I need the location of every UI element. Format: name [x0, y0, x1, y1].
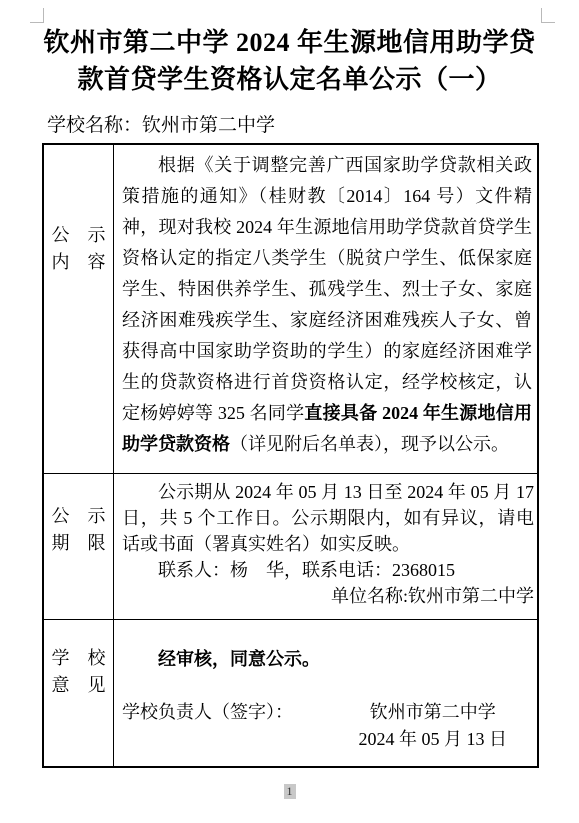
signer-row: 学校负责人（签字）： 钦州市第二中学 2024 年 05 月 13 日	[122, 699, 529, 753]
row-label-period: 公 示 期 限	[44, 474, 114, 619]
notice-table: 公 示 内 容 根据《关于调整完善广西国家助学贷款相关政策措施的通知》（桂财教〔…	[42, 143, 539, 768]
approval-statement: 经审核，同意公示。	[122, 646, 529, 673]
row-label-period-line2: 期 限	[44, 530, 113, 557]
content-paragraph: 根据《关于调整完善广西国家助学贷款相关政策措施的通知》（桂财教〔2014〕164…	[122, 150, 532, 460]
row-label-content: 公 示 内 容	[44, 145, 114, 473]
margin-crop-mark-top-right	[541, 8, 555, 23]
document-page: { "document": { "title_line1": "钦州市第二中学 …	[0, 0, 579, 823]
document-title-line2: 款首贷学生资格认定名单公示（一）	[0, 61, 579, 98]
row-label-opinion: 学 校 意 见	[44, 620, 114, 766]
contact-line: 联系人：杨 华，联系电话：2368015	[122, 557, 534, 583]
row-label-opinion-line1: 学 校	[44, 645, 113, 672]
document-title: 钦州市第二中学 2024 年生源地信用助学贷 款首贷学生资格认定名单公示（一）	[0, 24, 579, 98]
row-label-opinion-line2: 意 见	[44, 672, 113, 699]
table-row-period: 公 示 期 限 公示期从 2024 年 05 月 13 日至 2024 年 05…	[44, 473, 537, 619]
content-cell-body: 根据《关于调整完善广西国家助学贷款相关政策措施的通知》（桂财教〔2014〕164…	[114, 145, 537, 473]
signer-label: 学校负责人（签字）：	[122, 699, 293, 726]
school-name-line: 学校名称：钦州市第二中学	[47, 115, 275, 137]
page-number-field: 1	[284, 784, 296, 799]
content-text-normal-1: 根据《关于调整完善广西国家助学贷款相关政策措施的通知》（桂财教〔2014〕164…	[122, 155, 532, 423]
content-text-normal-2: （详见附后名单表），现予以公示。	[230, 434, 509, 454]
document-title-line1: 钦州市第二中学 2024 年生源地信用助学贷	[0, 24, 579, 61]
unit-name-line: 单位名称:钦州市第二中学	[122, 583, 534, 609]
table-row-opinion: 学 校 意 见 经审核，同意公示。 学校负责人（签字）： 钦州市第二中学 202…	[44, 619, 537, 766]
period-paragraph: 公示期从 2024 年 05 月 13 日至 2024 年 05 月 17 日，…	[122, 479, 534, 557]
period-cell-body: 公示期从 2024 年 05 月 13 日至 2024 年 05 月 17 日，…	[114, 474, 537, 619]
margin-crop-mark-top-left	[30, 8, 44, 23]
signature-date: 2024 年 05 月 13 日	[359, 726, 508, 753]
row-label-content-line2: 内 容	[44, 249, 113, 276]
row-label-period-line1: 公 示	[44, 503, 113, 530]
table-row-content: 公 示 内 容 根据《关于调整完善广西国家助学贷款相关政策措施的通知》（桂财教〔…	[44, 145, 537, 473]
signature-unit-name: 钦州市第二中学	[359, 699, 508, 726]
signature-block: 钦州市第二中学 2024 年 05 月 13 日	[359, 699, 508, 753]
row-label-content-line1: 公 示	[44, 222, 113, 249]
opinion-cell-body: 经审核，同意公示。 学校负责人（签字）： 钦州市第二中学 2024 年 05 月…	[114, 620, 537, 766]
page-footer: 1	[0, 782, 579, 800]
